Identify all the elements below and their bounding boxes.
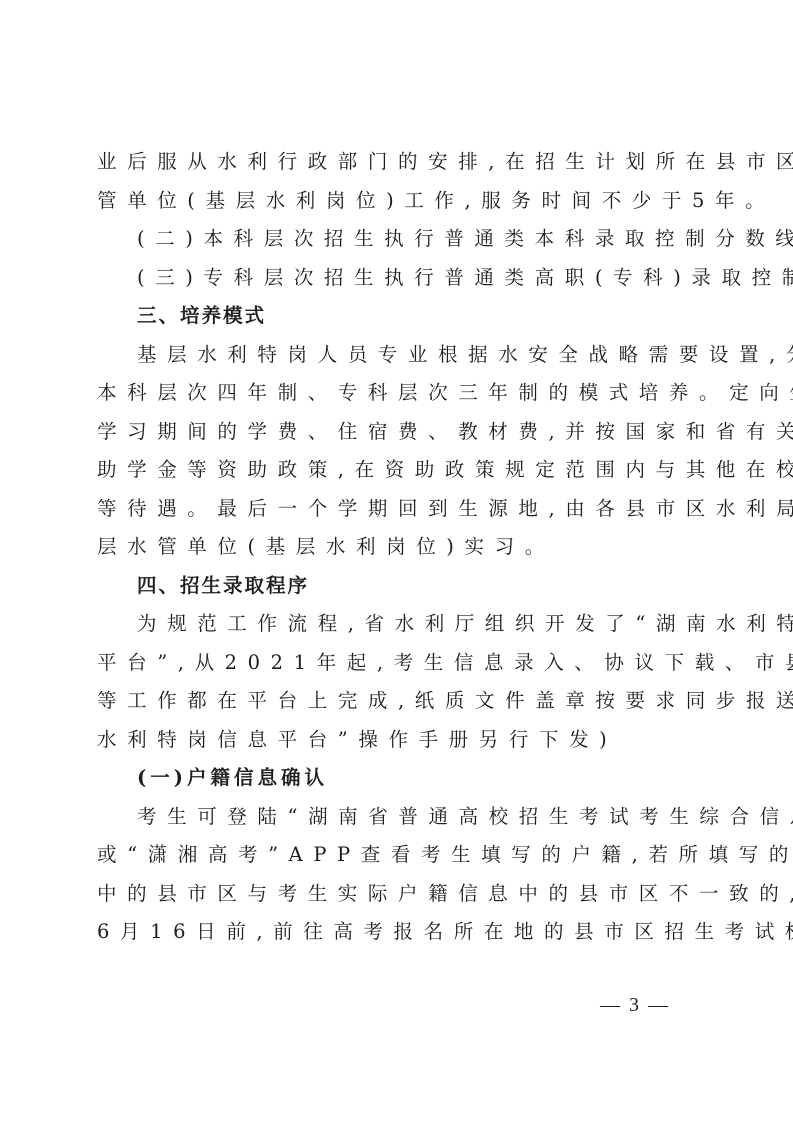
section-heading-training-mode: 三、培养模式 xyxy=(97,297,681,336)
paragraph-line: 平台”,从2021年起,考生信息录入、协议下载、市县审核汇总数据 xyxy=(97,644,681,683)
document-page: 业后服从水利行政部门的安排,在招生计划所在县市区的基层水 管单位(基层水利岗位)… xyxy=(0,0,793,1122)
paragraph-line: (三)专科层次招生执行普通类高职(专科)录取控制分数线。 xyxy=(97,259,681,298)
subsection-heading-household-registration: (一)户籍信息确认 xyxy=(97,759,681,798)
paragraph-line: (二)本科层次招生执行普通类本科录取控制分数线。 xyxy=(97,220,681,259)
paragraph-line: 基层水利特岗人员专业根据水安全战略需要设置,分别按照 xyxy=(97,336,681,375)
paragraph-line: 学习期间的学费、住宿费、教材费,并按国家和省有关规定享受奖 xyxy=(97,413,681,452)
paragraph-line: 等待遇。最后一个学期回到生源地,由各县市区水利局分派到基 xyxy=(97,490,681,529)
paragraph-line: 助学金等资助政策,在资助政策规定范围内与其他在校生享受同 xyxy=(97,451,681,490)
paragraph-line: 业后服从水利行政部门的安排,在招生计划所在县市区的基层水 xyxy=(97,143,681,182)
paragraph-line: 中的县市区与考生实际户籍信息中的县市区不一致的,考生须在 xyxy=(97,875,681,914)
paragraph-line: 层水管单位(基层水利岗位)实习。 xyxy=(97,528,681,567)
paragraph-line: 管单位(基层水利岗位)工作,服务时间不少于5年。 xyxy=(97,182,681,221)
paragraph-line: 6月16日前,前往高考报名所在地的县市区招生考试机构申请办 xyxy=(97,913,681,952)
paragraph-line: 水利特岗信息平台”操作手册另行下发) xyxy=(97,721,681,760)
paragraph-line: 本科层次四年制、专科层次三年制的模式培养。定向生免缴在校 xyxy=(97,374,681,413)
paragraph-line: 或“潇湘高考”APP查看考生填写的户籍,若所填写的户籍地信息 xyxy=(97,836,681,875)
paragraph-line: 为规范工作流程,省水利厅组织开发了“湖南水利特岗信息 xyxy=(97,605,681,644)
page-number: — 3 — xyxy=(600,990,670,1020)
section-heading-admission-procedure: 四、招生录取程序 xyxy=(97,567,681,606)
document-body: 业后服从水利行政部门的安排,在招生计划所在县市区的基层水 管单位(基层水利岗位)… xyxy=(97,143,681,952)
paragraph-line: 考生可登陆“湖南省普通高校招生考试考生综合信息平台” xyxy=(97,798,681,837)
paragraph-line: 等工作都在平台上完成,纸质文件盖章按要求同步报送。(“湖南 xyxy=(97,682,681,721)
